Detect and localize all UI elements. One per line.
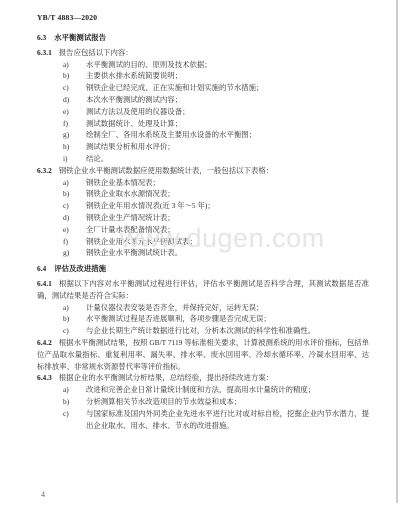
list-item-text: 绘制全厂、各用水系统及主要用水设备的水平衡图； xyxy=(86,129,369,141)
list-item-text: 钢铁企业基本情况表； xyxy=(86,177,369,189)
list-item: a)计量仪器仪表安装是否齐全，并保持完好，运转无误； xyxy=(63,302,369,314)
list-item-text: 结论。 xyxy=(86,153,369,165)
section-number: 6.3 xyxy=(37,33,46,42)
list-item-label: c) xyxy=(63,408,86,432)
list-item: h)测试结果分析和用水评价； xyxy=(63,141,369,153)
list-item-text: 主要供水排水系统简要说明； xyxy=(86,70,369,82)
list-item-text: 与企业长期生产统计数据进行比对，分析本次测试的科学性和准确性。 xyxy=(86,325,369,337)
clause-paragraph: 6.3.1报告应包括以下内容： xyxy=(37,47,369,59)
list-item: b)分析测算相关节水改造项目的节水效益和成本； xyxy=(63,396,369,408)
list-item: d)钢铁企业生产情况统计表； xyxy=(63,212,369,224)
list-item: b)主要供水排水系统简要说明； xyxy=(63,70,369,82)
list-item-label: g) xyxy=(63,247,86,259)
list-item-text: 钢铁企业生产情况统计表； xyxy=(86,212,369,224)
clause-paragraph: 6.4.1根据以下内容对水平衡测试过程进行评估，评估水平衡测试是否科学合理，其测… xyxy=(37,278,369,302)
list-item: a)水平衡测试的目的、原则及技术依据； xyxy=(63,59,369,71)
list-item-label: h) xyxy=(63,141,86,153)
list-item: c)与国家标准及国内外同类企业先进水平进行比对或对标自检，挖掘企业内节水潜力，提… xyxy=(63,408,369,432)
list-item: g)绘制全厂、各用水系统及主要用水设备的水平衡图； xyxy=(63,129,369,141)
clause-paragraph: 6.4.2根据水平衡测试结果，按照 GB/T 7119 等标准相关要求，计算被测… xyxy=(37,337,369,372)
clause-number: 6.4.3 xyxy=(37,373,52,382)
clause-number: 6.4.2 xyxy=(37,338,52,347)
list-item: f)测试数据统计、处理及计算； xyxy=(63,118,369,130)
list-item-label: c) xyxy=(63,82,86,94)
section-heading: 6.3水平衡测试报告 xyxy=(37,32,369,44)
section-heading: 6.4评估及改进措施 xyxy=(37,263,369,275)
list-item-label: f) xyxy=(63,118,86,130)
list-item-label: d) xyxy=(63,212,86,224)
list-item: a)钢铁企业基本情况表； xyxy=(63,177,369,189)
list-item: f)钢铁企业用水单元水平衡测试表； xyxy=(63,236,369,248)
doc-code: YB/T 4883—2020 xyxy=(37,13,97,22)
list-item-text: 钢铁企业水平衡测试统计表。 xyxy=(86,247,369,259)
list-item-label: f) xyxy=(63,236,86,248)
list-item-text: 分析测算相关节水改造项目的节水效益和成本； xyxy=(86,396,369,408)
list-item: g)钢铁企业水平衡测试统计表。 xyxy=(63,247,369,259)
document-page: YB/T 4883—2020 6.3水平衡测试报告6.3.1报告应包括以下内容：… xyxy=(0,0,404,511)
list-item-text: 改进和完善企业日常计量统计制度和方法，提高用水计量统计的精度； xyxy=(86,384,369,396)
list-item: c)与企业长期生产统计数据进行比对，分析本次测试的科学性和准确性。 xyxy=(63,325,369,337)
list-item-label: i) xyxy=(63,153,86,165)
list-item: c)钢铁企业年用水情况表(近 3 年～5 年)； xyxy=(63,200,369,212)
list-item: e)全厂计量水表配备情况表； xyxy=(63,224,369,236)
list-item: e)测试方法以及使用的仪器设备； xyxy=(63,106,369,118)
page-number: 4 xyxy=(41,490,45,499)
list-item-label: a) xyxy=(63,59,86,71)
list-item: d)本次水平衡测试的测试内容； xyxy=(63,94,369,106)
section-title: 评估及改进措施 xyxy=(54,264,106,273)
clause-number: 6.4.1 xyxy=(37,279,52,288)
clause-text: 根据企业的水平衡测试分析结果，总结经验，提出持续改进方案： xyxy=(59,373,273,382)
clause-text: 钢铁企业水平衡测试数据应使用数据统计表，一般包括以下表格： xyxy=(59,166,273,175)
list-item-label: b) xyxy=(63,188,86,200)
list-item-label: b) xyxy=(63,70,86,82)
clause-text: 根据水平衡测试结果，按照 GB/T 7119 等标准相关要求，计算被测系统的用水… xyxy=(37,338,369,371)
list-item-text: 与国家标准及国内外同类企业先进水平进行比对或对标自检，挖掘企业内节水潜力，提出企… xyxy=(86,408,369,432)
list-item: b)水平衡测试过程是否进展顺利，各项步骤是否完成无误； xyxy=(63,313,369,325)
section-number: 6.4 xyxy=(37,264,46,273)
list-item-label: e) xyxy=(63,106,86,118)
list-item-text: 钢铁企业用水单元水平衡测试表； xyxy=(86,236,369,248)
list-item-text: 水平衡测试的目的、原则及技术依据； xyxy=(86,59,369,71)
clause-number: 6.3.2 xyxy=(37,166,52,175)
list-item-text: 全厂计量水表配备情况表； xyxy=(86,224,369,236)
list-item-label: a) xyxy=(63,384,86,396)
list-item-text: 计量仪器仪表安装是否齐全，并保持完好，运转无误； xyxy=(86,302,369,314)
list-item-label: a) xyxy=(63,177,86,189)
list-item-label: c) xyxy=(63,325,86,337)
list-item-text: 钢铁企业已经完成、正在实施和计划实施的节水措施； xyxy=(86,82,369,94)
list-item: i)结论。 xyxy=(63,153,369,165)
list-item-label: c) xyxy=(63,200,86,212)
clause-paragraph: 6.3.2钢铁企业水平衡测试数据应使用数据统计表，一般包括以下表格： xyxy=(37,165,369,177)
list-item: a)改进和完善企业日常计量统计制度和方法，提高用水计量统计的精度； xyxy=(63,384,369,396)
clause-text: 报告应包括以下内容： xyxy=(59,48,133,57)
list-item-label: b) xyxy=(63,396,86,408)
section-title: 水平衡测试报告 xyxy=(54,33,106,42)
list-item-label: b) xyxy=(63,313,86,325)
clause-paragraph: 6.4.3根据企业的水平衡测试分析结果，总结经验，提出持续改进方案： xyxy=(37,372,369,384)
page-edge-line xyxy=(396,0,398,503)
clause-text: 根据以下内容对水平衡测试过程进行评估，评估水平衡测试是否科学合理，其测试数据是否… xyxy=(37,279,369,300)
list-item-text: 测试方法以及使用的仪器设备； xyxy=(86,106,369,118)
list-item: c)钢铁企业已经完成、正在实施和计划实施的节水措施； xyxy=(63,82,369,94)
list-item-text: 测试数据统计、处理及计算； xyxy=(86,118,369,130)
list-item-text: 水平衡测试过程是否进展顺利，各项步骤是否完成无误； xyxy=(86,313,369,325)
list-item-text: 钢铁企业年用水情况表(近 3 年～5 年)； xyxy=(86,200,369,212)
list-item-text: 钢铁企业取水水源情况表； xyxy=(86,188,369,200)
list-item-label: d) xyxy=(63,94,86,106)
list-item-text: 测试结果分析和用水评价； xyxy=(86,141,369,153)
clause-number: 6.3.1 xyxy=(37,48,52,57)
list-item-label: e) xyxy=(63,224,86,236)
document-body: 6.3水平衡测试报告6.3.1报告应包括以下内容：a)水平衡测试的目的、原则及技… xyxy=(37,32,369,431)
list-item-text: 本次水平衡测试的测试内容； xyxy=(86,94,369,106)
list-item-label: g) xyxy=(63,129,86,141)
list-item-label: a) xyxy=(63,302,86,314)
list-item: b)钢铁企业取水水源情况表； xyxy=(63,188,369,200)
